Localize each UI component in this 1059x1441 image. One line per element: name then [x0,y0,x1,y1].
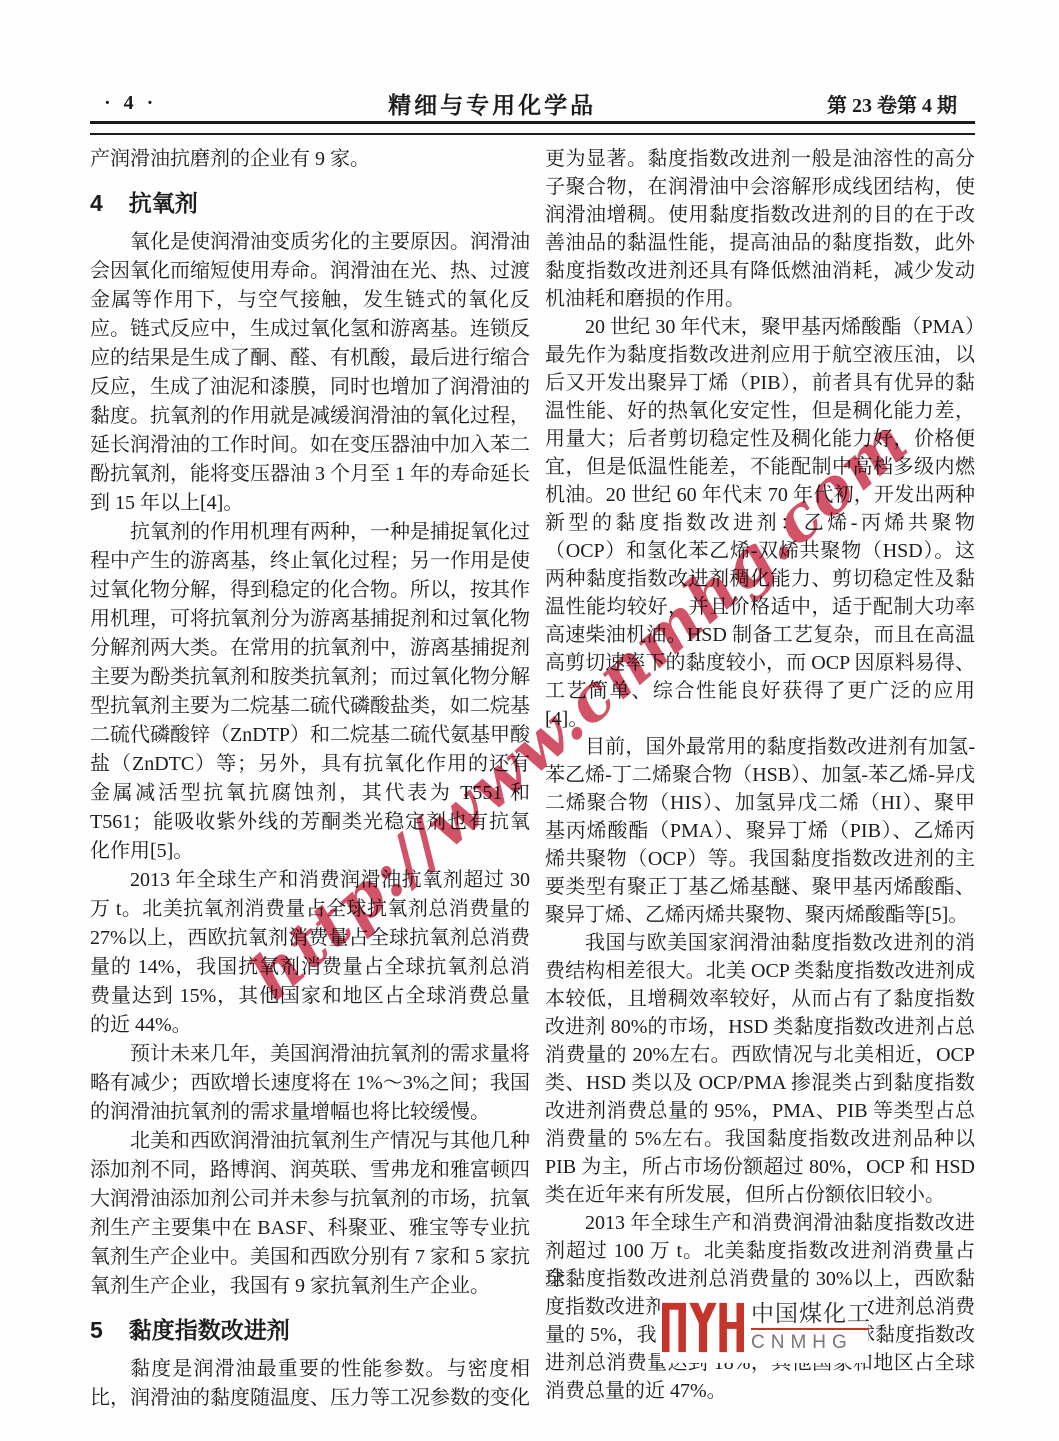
section-number: 4 [90,188,103,218]
paragraph: 更为显著。黏度指数改进剂一般是油溶性的高分子聚合物，在润滑油中会溶解形成线团结构… [545,145,975,313]
section-number: 5 [90,1315,103,1345]
paragraph: 抗氧剂的作用机理有两种，一种是捕捉氧化过程中产生的游离基，终止氧化过程；另一作用… [90,518,530,866]
text-line: 球黏度指数改进剂总消费量的 30%以上，西欧黏 [545,1265,975,1293]
document-page: · 4 · 精细与专用化学品 第 23 卷第 4 期 产润滑油抗磨剂的企业有 9… [0,0,1059,1441]
paragraph: 目前，国外最常用的黏度指数改进剂有加氢-苯乙烯-丁二烯聚合物（HSB）、加氢-苯… [545,733,975,929]
text-line: 剂超过 100 万 t。北美黏度指数改进剂消费量占全 [545,1237,975,1265]
two-column-body: 产润滑油抗磨剂的企业有 9 家。 4 抗氧剂 氧化是使润滑油变质劣化的主要原因。… [90,145,975,1413]
section-4-body: 氧化是使润滑油变质劣化的主要原因。润滑油会因氧化而缩短使用寿命。润滑油在光、热、… [90,228,530,1301]
right-column-paragraphs: 20 世纪 30 年代末，聚甲基丙烯酸酯（PMA）最先作为黏度指数改进剂应用于航… [545,313,975,1209]
page-number: · 4 · [90,92,157,115]
section-title: 抗氧剂 [129,188,198,218]
section-heading-4: 4 抗氧剂 [90,188,530,218]
paragraph: 20 世纪 30 年代末，聚甲基丙烯酸酯（PMA）最先作为黏度指数改进剂应用于航… [545,313,975,733]
issue-info: 第 23 卷第 4 期 [827,89,975,118]
cnmhg-logo-stamp: 中国煤化工 CNMHG [660,1291,868,1363]
text-line: 2013 年全球生产和消费润滑油黏度指数改进 [545,1209,975,1237]
paragraph: 氧化是使润滑油变质劣化的主要原因。润滑油会因氧化而缩短使用寿命。润滑油在光、热、… [90,228,530,518]
section-title: 黏度指数改进剂 [129,1315,290,1345]
paragraph: 2013 年全球生产和消费润滑油抗氧剂超过 30 万 t。北美抗氧剂消费量占全球… [90,866,530,1040]
paragraph: 产润滑油抗磨剂的企业有 9 家。 [90,145,530,174]
section-heading-5: 5 黏度指数改进剂 [90,1315,530,1345]
left-column: 产润滑油抗磨剂的企业有 9 家。 4 抗氧剂 氧化是使润滑油变质劣化的主要原因。… [90,145,530,1413]
coal-chem-logo-icon [662,1299,744,1356]
paragraph: 我国与欧美国家润滑油黏度指数改进剂的消费结构相差很大。北美 OCP 类黏度指数改… [545,929,975,1209]
journal-title: 精细与专用化学品 [388,87,596,120]
logo-company-name: 中国煤化工 [751,1301,871,1327]
right-column: 更为显著。黏度指数改进剂一般是油溶性的高分子聚合物，在润滑油中会溶解形成线团结构… [545,145,975,1413]
logo-abbreviation: CNMHG [751,1332,853,1354]
logo-underline [751,1328,869,1330]
paragraph: 北美和西欧润滑油抗氧剂生产情况与其他几种添加剂不同，路博润、润英联、雪弗龙和雅富… [90,1127,530,1301]
page-header: · 4 · 精细与专用化学品 第 23 卷第 4 期 [90,88,975,118]
header-double-rule [90,121,975,135]
section-5-body: 黏度是润滑油最重要的性能参数。与密度相比，润滑油的黏度随温度、压力等工况参数的变… [90,1355,530,1413]
paragraph: 预计未来几年，美国润滑油抗氧剂的需求量将略有减少；西欧增长速度将在 1%～3%之… [90,1040,530,1127]
text-line: 消费总量的近 47%。 [545,1377,975,1405]
paragraph: 黏度是润滑油最重要的性能参数。与密度相比，润滑油的黏度随温度、压力等工况参数的变… [90,1355,530,1413]
logo-text-block: 中国煤化工 CNMHG [751,1301,871,1354]
